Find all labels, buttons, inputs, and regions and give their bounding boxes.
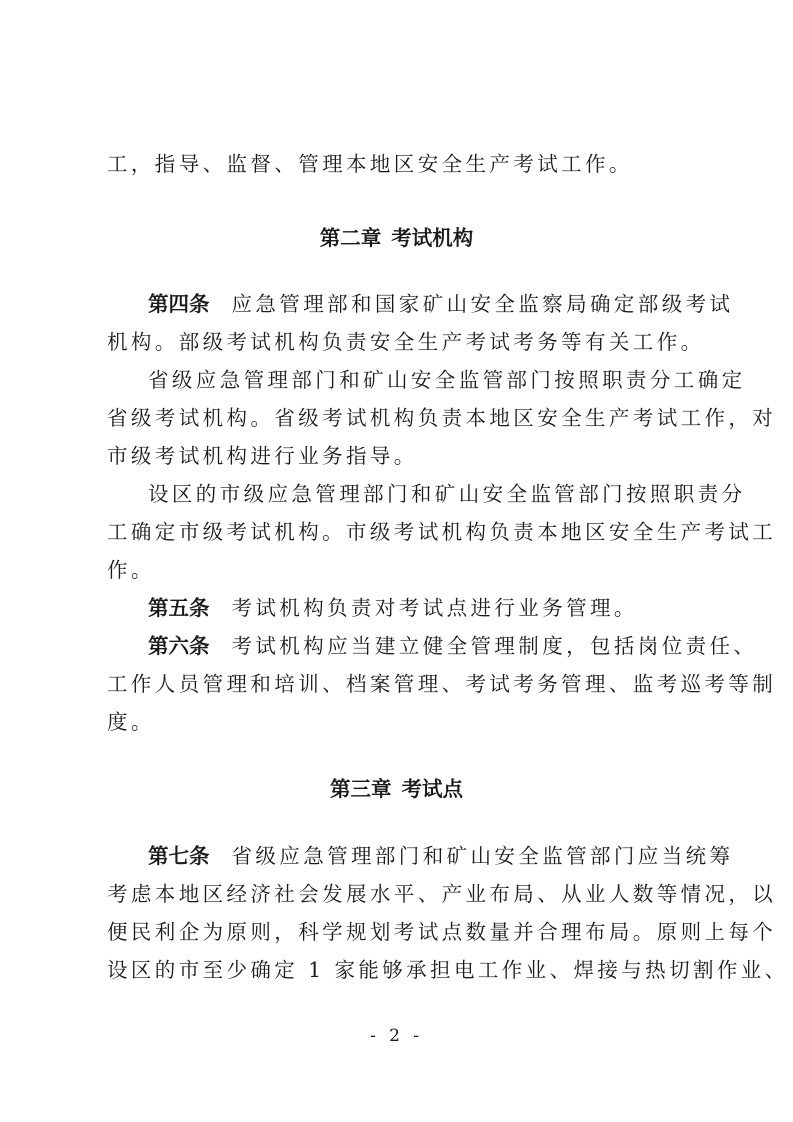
article-7-line-2: 考虑本地区经济社会发展水平、产业布局、从业人数等情况，以: [107, 880, 697, 908]
article-6-line-1: 第六条考试机构应当建立健全管理制度，包括岗位责任、: [148, 632, 698, 660]
article-5-line-1: 第五条考试机构负责对考试点进行业务管理。: [148, 594, 698, 622]
article-7-line-1: 第七条省级应急管理部门和矿山安全监管部门应当统筹: [148, 842, 698, 870]
article-label: 第七条: [148, 844, 210, 868]
continued-paragraph: 工，指导、监督、管理本地区安全生产考试工作。: [107, 150, 697, 178]
article-6-line-2: 工作人员管理和培训、档案管理、考试考务管理、监考巡考等制: [107, 670, 697, 698]
article-4-line-1: 第四条应急管理部和国家矿山安全监察局确定部级考试: [148, 290, 698, 318]
article-text: 考试机构应当建立健全管理制度，包括岗位责任、: [232, 634, 758, 658]
chapter-3-heading: 第三章考试点: [0, 775, 793, 803]
para-provincial-line-1: 省级应急管理部门和矿山安全监管部门按照职责分工确定: [148, 366, 698, 394]
article-7-line-4: 设区的市至少确定 1 家能够承担电工作业、焊接与热切割作业、: [107, 956, 697, 984]
para-city-line-3: 作。: [107, 556, 697, 584]
article-4-line-2: 机构。部级考试机构负责安全生产考试考务等有关工作。: [107, 328, 697, 356]
article-text: 考试机构负责对考试点进行业务管理。: [232, 596, 638, 620]
para-city-line-2: 工确定市级考试机构。市级考试机构负责本地区安全生产考试工: [107, 518, 697, 546]
chapter-2-heading: 第二章考试机构: [0, 224, 793, 252]
article-text: 应急管理部和国家矿山安全监察局确定部级考试: [232, 292, 734, 316]
chapter-number: 第三章: [330, 777, 392, 801]
chapter-number: 第二章: [320, 226, 382, 250]
para-provincial-line-3: 市级考试机构进行业务指导。: [107, 442, 697, 470]
page-number: - 2 -: [0, 1026, 793, 1046]
article-label: 第六条: [148, 634, 210, 658]
article-7-line-3: 便民利企为原则，科学规划考试点数量并合理布局。原则上每个: [107, 918, 697, 946]
article-6-line-3: 度。: [107, 708, 697, 736]
chapter-title: 考试点: [402, 777, 464, 801]
article-text: 省级应急管理部门和矿山安全监管部门应当统筹: [232, 844, 734, 868]
article-label: 第五条: [148, 596, 210, 620]
article-label: 第四条: [148, 292, 210, 316]
para-provincial-line-2: 省级考试机构。省级考试机构负责本地区安全生产考试工作，对: [107, 404, 697, 432]
chapter-title: 考试机构: [391, 226, 473, 250]
document-page: 工，指导、监督、管理本地区安全生产考试工作。 第二章考试机构 第四条应急管理部和…: [0, 0, 793, 1122]
para-city-line-1: 设区的市级应急管理部门和矿山安全监管部门按照职责分: [148, 480, 698, 508]
